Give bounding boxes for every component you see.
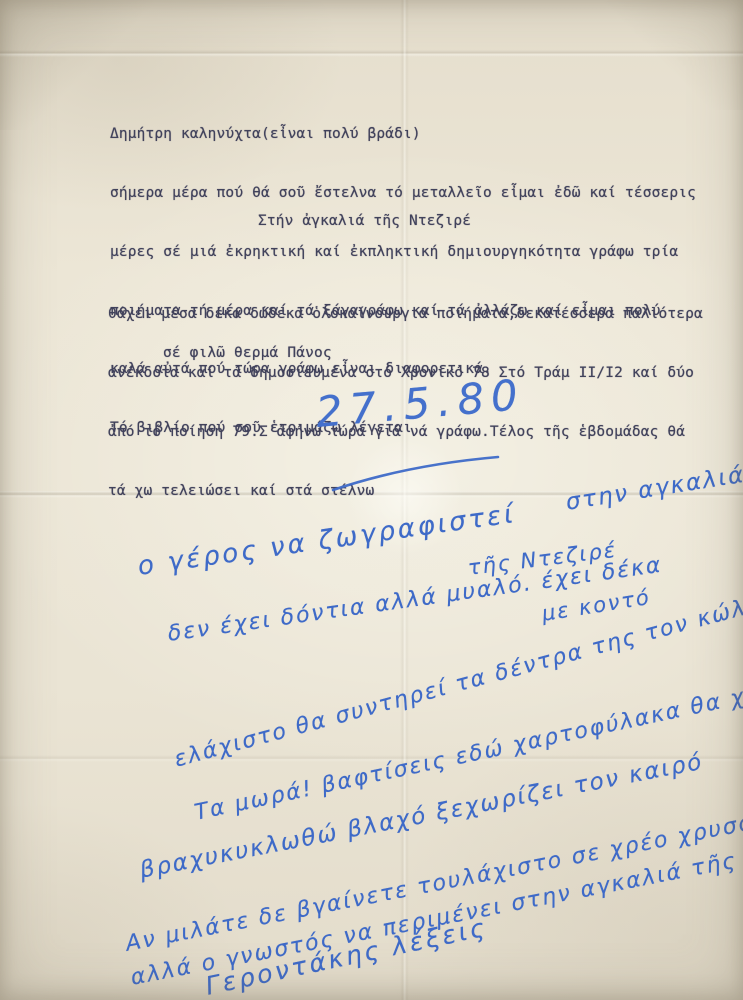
typed-line: θάχει μέσα δέκα δώδεκα ὁλοκαίνουργια ποι… — [108, 305, 703, 325]
typed-line: μέρες σέ μιά ἐκρηκτική καί ἐκπληκτική δη… — [110, 243, 696, 263]
fold-crease-horizontal — [0, 755, 743, 762]
letter-page: Δημήτρη καληνύχτα(εἶναι πολύ βράδι) σήμε… — [0, 0, 743, 1000]
fold-crease-horizontal — [0, 50, 743, 57]
typed-closing-line: σέ φιλῶ θερμά Πάνος — [163, 344, 332, 364]
typed-line: σήμερα μέρα πού θά σοῦ ἔστελνα τό μεταλλ… — [110, 184, 696, 204]
typed-line: Δημήτρη καληνύχτα(εἶναι πολύ βράδι) — [110, 125, 696, 145]
book-title-line: Στήν ἀγκαλιά τῆς Ντεζιρέ — [258, 212, 471, 232]
